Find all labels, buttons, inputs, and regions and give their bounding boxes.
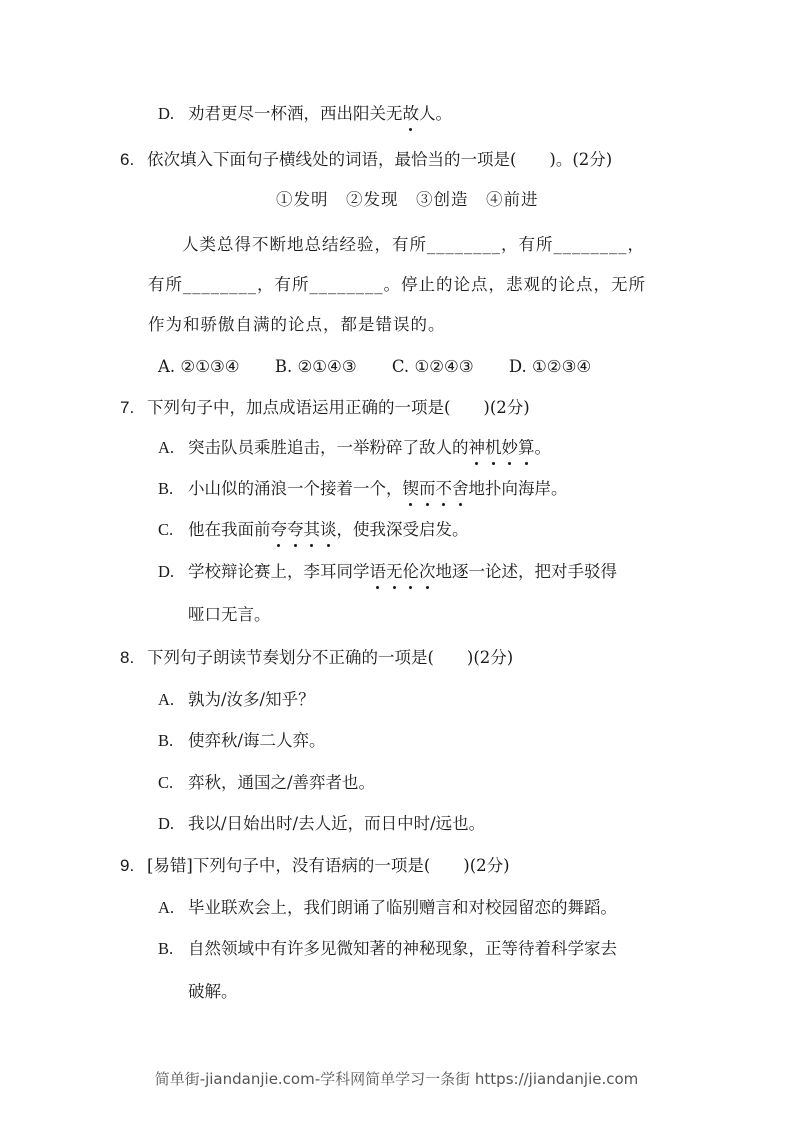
- emphasis-dot-char: 故: [403, 102, 420, 126]
- option-a: A. ②①③④: [158, 355, 240, 379]
- option-label: D.: [509, 357, 527, 376]
- option-label: D.: [158, 560, 188, 584]
- option-text-end: 地逐一论述，把对手驳得: [436, 562, 618, 581]
- passage-line-3: 作为和骄傲自满的论点，都是错误的。: [148, 313, 446, 337]
- question-text: 下列句子朗读节奏划分不正确的一项是( )(2分): [147, 648, 513, 667]
- option-text: ②①③④: [180, 357, 239, 376]
- option-label: B.: [275, 357, 292, 376]
- option-label: C.: [158, 771, 188, 795]
- passage-line-1: 人类总得不断地总结经验，有所________，有所________，: [182, 233, 645, 257]
- option-label: A.: [158, 436, 188, 460]
- option-text: 孰为/汝多/知乎？: [188, 690, 315, 709]
- option-label: A.: [158, 896, 188, 920]
- question-9-stem: 9.[易错]下列句子中，没有语病的一项是( )(2分): [120, 854, 510, 878]
- emphasis-dot-char: 其: [304, 518, 321, 542]
- emphasis-dot-char: 妙: [502, 436, 519, 460]
- emphasis-dot-char: 伦: [403, 560, 420, 584]
- question-number: 9.: [120, 854, 147, 878]
- emphasis-dot-char: 算: [518, 436, 535, 460]
- question-8-stem: 8.下列句子朗读节奏划分不正确的一项是( )(2分): [120, 646, 513, 670]
- emphasis-dot-char: 锲: [403, 477, 420, 501]
- option-text: 弈秋，通国之/善弈者也。: [188, 773, 375, 792]
- question-text: 下列句子中，没有语病的一项是( )(2分): [193, 856, 510, 875]
- question-6-options: A. ②①③④ B. ②①④③ C. ①②④③ D. ①②③④: [158, 355, 621, 379]
- option-text: ①②③④: [532, 357, 591, 376]
- emphasis-dot-char: 机: [485, 436, 502, 460]
- option-text: 自然领域中有许多见微知著的神秘现象，正等待着科学家去: [188, 939, 617, 958]
- emphasis-dot-char: 语: [370, 560, 387, 584]
- emphasis-dot-char: 无: [386, 560, 403, 584]
- q7-option-d: D.学校辩论赛上，李耳同学语无伦次地逐一论述，把对手驳得: [158, 560, 617, 584]
- option-text-end: 地扑向海岸。: [469, 479, 568, 498]
- passage-line-2: 有所________，有所________。停止的论点，悲观的论点，无所: [148, 273, 646, 297]
- question-number: 8.: [120, 646, 147, 670]
- q8-option-d: D.我以/日始出时/去人近，而日中时/远也。: [158, 812, 485, 836]
- q7-option-c: C.他在我面前夸夸其谈，使我深受启发。: [158, 518, 469, 542]
- q8-option-b: B.使弈秋/诲二人弈。: [158, 729, 326, 753]
- question-text: 下列句子中，加点成语运用正确的一项是( )(2分): [147, 398, 530, 417]
- emphasis-dot-char: 舍: [452, 477, 469, 501]
- option-label: D.: [158, 102, 188, 126]
- option-label: B.: [158, 729, 188, 753]
- option-label: C.: [158, 518, 188, 542]
- option-text: 劝君更尽一杯酒，西出阳关无: [188, 104, 403, 123]
- option-b: B. ②①④③: [275, 355, 357, 379]
- option-text: 他在我面前: [188, 520, 271, 539]
- question-6-stem: 6.依次填入下面句子横线处的词语，最恰当的一项是( )。(2分): [120, 148, 612, 172]
- emphasis-dot-char: 而: [419, 477, 436, 501]
- q7-option-a: A.突击队员乘胜追击，一举粉碎了敌人的神机妙算。: [158, 436, 551, 460]
- question-tag: [易错]: [147, 856, 193, 875]
- option-text: 我以/日始出时/去人近，而日中时/远也。: [188, 814, 485, 833]
- q8-option-c: C.弈秋，通国之/善弈者也。: [158, 771, 375, 795]
- prev-option-d: D.劝君更尽一杯酒，西出阳关无故人。: [158, 102, 452, 126]
- q7-option-d-continuation: 哑口无言。: [188, 603, 271, 627]
- option-text: ②①④③: [297, 357, 356, 376]
- option-text-end: 人。: [419, 104, 452, 123]
- option-label: B.: [158, 937, 188, 961]
- option-label: A.: [158, 688, 188, 712]
- option-text: 学校辩论赛上，李耳同学: [188, 562, 370, 581]
- emphasis-dot-char: 神: [469, 436, 486, 460]
- option-text: 毕业联欢会上，我们朗诵了临别赠言和对校园留恋的舞蹈。: [188, 898, 617, 917]
- q9-option-a: A.毕业联欢会上，我们朗诵了临别赠言和对校园留恋的舞蹈。: [158, 896, 617, 920]
- question-number: 6.: [120, 148, 147, 172]
- q7-option-b: B.小山似的涌浪一个接着一个，锲而不舍地扑向海岸。: [158, 477, 568, 501]
- option-d: D. ①②③④: [509, 355, 591, 379]
- emphasis-dot-char: 不: [436, 477, 453, 501]
- emphasis-dot-char: 夸: [287, 518, 304, 542]
- question-7-stem: 7.下列句子中，加点成语运用正确的一项是( )(2分): [120, 396, 530, 420]
- option-c: C. ①②④③: [392, 355, 474, 379]
- question-text: 依次填入下面句子横线处的词语，最恰当的一项是( )。(2分): [147, 150, 612, 169]
- option-label: A.: [158, 357, 175, 376]
- q9-option-b-continuation: 破解。: [188, 980, 238, 1004]
- option-text: 突击队员乘胜追击，一举粉碎了敌人的: [188, 438, 469, 457]
- option-label: D.: [158, 812, 188, 836]
- option-label: B.: [158, 477, 188, 501]
- option-text-end: ，使我深受启发。: [337, 520, 469, 539]
- emphasis-dot-char: 次: [419, 560, 436, 584]
- option-label: C.: [392, 357, 409, 376]
- emphasis-dot-char: 夸: [271, 518, 288, 542]
- word-bank: ①发明 ②发现 ③创造 ④前进: [276, 188, 539, 212]
- option-text: 使弈秋/诲二人弈。: [188, 731, 326, 750]
- option-text: ①②④③: [414, 357, 473, 376]
- option-text-end: 。: [535, 438, 552, 457]
- q8-option-a: A.孰为/汝多/知乎？: [158, 688, 315, 712]
- emphasis-dot-char: 谈: [320, 518, 337, 542]
- question-number: 7.: [120, 396, 147, 420]
- q9-option-b: B.自然领域中有许多见微知著的神秘现象，正等待着科学家去: [158, 937, 617, 961]
- option-text: 小山似的涌浪一个接着一个，: [188, 479, 403, 498]
- footer-watermark: 简单街-jiandanjie.com-学科网简单学习一条街 https://ji…: [0, 1068, 793, 1089]
